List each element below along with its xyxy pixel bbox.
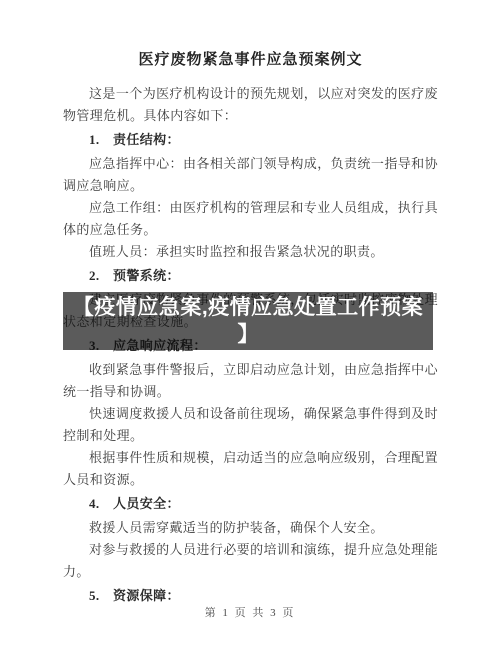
section-heading-1: 1. 责任结构： xyxy=(63,129,438,151)
paragraph: 快速调度救援人员和设备前往现场，确保紧急事件得到及时控制和处理。 xyxy=(63,403,438,447)
paragraph: 收到紧急事件警报后，立即启动应急计划，由应急指挥中心统一指导和协调。 xyxy=(63,359,438,403)
page-title: 医疗废物紧急事件应急预案例文 xyxy=(63,50,438,70)
paragraph: 救援人员需穿戴适当的防护装备，确保个人安全。 xyxy=(63,517,438,539)
paragraph: 应急工作组：由医疗机构的管理层和专业人员组成，执行具体的应急任务。 xyxy=(63,197,438,241)
document-page: 医疗废物紧急事件应急预案例文 这是一个为医疗机构设计的预先规划，以应对突发的医疗… xyxy=(0,0,500,647)
page-number: 第 1 页 共 3 页 xyxy=(0,605,500,621)
paragraph: 应急指挥中心：由各相关部门领导构成，负责统一指导和协调应急响应。 xyxy=(63,153,438,197)
paragraph: 根据事件性质和规模，启动适当的应急响应级别，合理配置人员和资源。 xyxy=(63,447,438,491)
intro-paragraph: 这是一个为医疗机构设计的预先规划，以应对突发的医疗废物管理危机。具体内容如下： xyxy=(63,83,438,127)
section-heading-2: 2. 预警系统： xyxy=(63,265,438,287)
watermark-overlay: 【疫情应急案,疫情应急处置工作预案 】 xyxy=(63,292,433,350)
paragraph: 对参与救援的人员进行必要的培训和演练，提升应急处理能力。 xyxy=(63,539,438,583)
watermark-text-line2: 】 xyxy=(63,322,433,348)
section-heading-5: 5. 资源保障： xyxy=(63,585,438,607)
section-heading-4: 4. 人员安全： xyxy=(63,493,438,515)
watermark-text-line1: 【疫情应急案,疫情应急处置工作预案 xyxy=(63,293,433,322)
paragraph: 值班人员：承担实时监控和报告紧急状况的职责。 xyxy=(63,241,438,263)
